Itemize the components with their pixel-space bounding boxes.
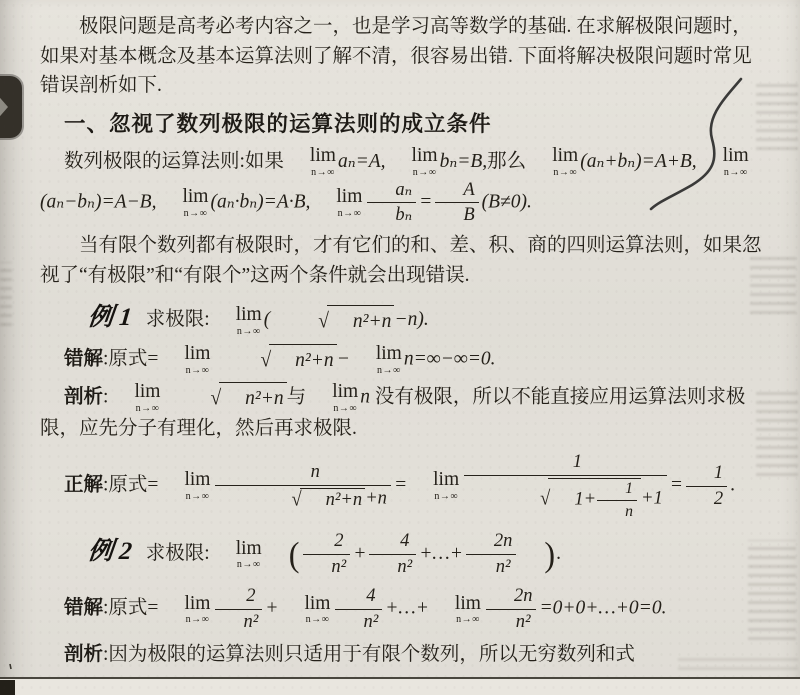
lim-subscript: n→∞ <box>312 209 362 219</box>
analysis-1-paragraph: 剖析:limn→∞√n²+n与limn→∞n 没有极限，所以不能直接应用运算法则… <box>40 382 770 443</box>
period: . <box>556 543 561 564</box>
rules-paragraph: 数列极限的运算法则:如果limn→∞aₙ=A,limn→∞bₙ=B,那么limn… <box>40 143 770 227</box>
fraction-one-half: 12 <box>686 463 727 510</box>
formula-chunk: =0+0+…+0=0. <box>539 598 666 619</box>
formula-chunk: n <box>360 386 370 407</box>
limit-operator: limn→∞ <box>308 382 358 414</box>
rules-lead-text: 数列极限的运算法则:如果 <box>64 151 284 172</box>
wrong-solution-2-line: 错解:原式=limn→∞2n²+limn→∞4n²+…+limn→∞2nn²=0… <box>40 586 770 633</box>
analysis-colon: : <box>103 386 108 407</box>
lim-word: lim <box>308 382 358 402</box>
analysis-label: 剖析 <box>64 643 103 665</box>
lim-word: lim <box>160 344 210 364</box>
lim-word: lim <box>352 344 402 364</box>
lim-subscript: n→∞ <box>160 366 210 376</box>
lim-subscript: n→∞ <box>280 615 330 625</box>
page-edge-emblem <box>0 76 22 138</box>
equals-sign: = <box>670 475 683 496</box>
lim-subscript: n→∞ <box>409 492 459 502</box>
conditions-paragraph: 当有限个数列都有极限时，才有它们的和、差、积、商的四则运算法则，如果忽视了“有极… <box>40 231 770 290</box>
radicand-prefix: 1+ <box>574 488 596 509</box>
analysis-text: :因为极限的运算法则只适用于有限个数列，所以无穷数列和式 <box>103 644 635 665</box>
scan-corner-block <box>0 680 15 695</box>
radicand: 1+1n <box>548 478 641 520</box>
fraction-numerator: n <box>215 462 391 486</box>
lim-word: lim <box>160 470 210 490</box>
fraction-denominator: n² <box>369 555 416 578</box>
lim-word: lim <box>280 594 330 614</box>
limit-operator: limn→∞ <box>160 344 210 376</box>
lim-word: lim <box>409 470 459 490</box>
lim-subscript: n→∞ <box>212 560 262 570</box>
lim-subscript: n→∞ <box>308 404 358 414</box>
lim-subscript: n→∞ <box>699 168 749 178</box>
fraction-denominator: √1+1n+1 <box>464 476 667 520</box>
lim-word: lim <box>158 187 208 207</box>
fraction-2n-n2: 2nn² <box>486 586 537 633</box>
radicand: n²+n <box>327 305 395 337</box>
limit-operator: limn→∞ <box>110 382 160 414</box>
fraction-denominator: n² <box>335 610 382 633</box>
scanned-textbook-page: 极限问题是高考必考内容之一，也是学习高等数学的基础. 在求解极限问题时，如果对基… <box>0 0 800 695</box>
fraction-4-n2: 4n² <box>335 586 382 633</box>
fraction-denominator: n² <box>303 555 350 578</box>
formula-chunk: (aₙ−bₙ)=A−B, <box>40 191 156 212</box>
sqrt-expression: √n²+n <box>212 344 336 376</box>
lim-word: lim <box>212 539 262 559</box>
fraction-one-over-n: 1n <box>597 480 637 520</box>
analysis-text: 与 <box>287 386 307 407</box>
sqrt-expression: √n²+n <box>162 382 286 414</box>
lim-subscript: n→∞ <box>158 209 208 219</box>
ellipsis-plus: +…+ <box>385 598 429 619</box>
lim-word: lim <box>286 146 336 166</box>
fraction-numerator: 2 <box>215 586 262 610</box>
radical-sign: √ <box>186 383 221 415</box>
lim-subscript: n→∞ <box>431 615 481 625</box>
limit-operator: limn→∞ <box>160 594 210 626</box>
limit-operator: limn→∞ <box>286 146 336 178</box>
formula-chunk: (aₙ+bₙ)=A+B, <box>580 151 696 172</box>
fraction-numerator: 2 <box>303 531 350 555</box>
period: . <box>730 475 735 496</box>
scan-edge-line <box>0 677 800 679</box>
fraction-denominator: n² <box>486 610 537 633</box>
fraction-numerator: 1 <box>597 480 637 501</box>
sqrt-expression: √1+1n <box>492 478 641 520</box>
radicand: n²+n <box>300 488 366 511</box>
limit-operator: limn→∞ <box>312 187 362 219</box>
correct-solution-line: 正解:原式=limn→∞n√n²+n+n=limn→∞1√1+1n+1=12. <box>40 452 770 520</box>
solution-lead: :原式= <box>103 598 158 619</box>
fraction-an-bn: aₙbₙ <box>367 180 416 227</box>
lim-subscript: n→∞ <box>388 168 438 178</box>
formula-chunk: n=∞−∞=0. <box>404 349 496 370</box>
fraction-denominator: B <box>435 203 478 226</box>
big-open-paren: ( <box>265 528 300 582</box>
lim-word: lim <box>110 382 160 402</box>
lim-subscript: n→∞ <box>352 366 402 376</box>
limit-operator: limn→∞ <box>431 594 481 626</box>
example-1-label: 例 1 <box>62 299 134 337</box>
limit-operator: limn→∞ <box>409 470 459 502</box>
fraction-numerator: 4 <box>369 531 416 555</box>
radical-sign: √ <box>267 489 301 511</box>
fraction-A-B: AB <box>435 180 478 227</box>
lim-word: lim <box>528 146 578 166</box>
fraction-numerator: 1 <box>686 463 727 487</box>
lim-word: lim <box>312 187 362 207</box>
lim-word: lim <box>431 594 481 614</box>
equals-sign: = <box>394 475 407 496</box>
fraction-rationalized: n√n²+n+n <box>215 462 391 511</box>
lim-subscript: n→∞ <box>528 168 578 178</box>
lim-subscript: n→∞ <box>286 168 336 178</box>
fraction-numerator: 1 <box>464 452 667 476</box>
lim-word: lim <box>160 594 210 614</box>
fraction-denominator: bₙ <box>367 203 416 226</box>
wrong-label: 错解 <box>64 348 103 370</box>
fraction-numerator: aₙ <box>367 180 416 204</box>
lim-word: lim <box>388 146 438 166</box>
fraction-2n-n2: 2nn² <box>466 531 517 578</box>
fraction-numerator: 2n <box>466 531 517 555</box>
lim-subscript: n→∞ <box>110 404 160 414</box>
limit-operator: limn→∞ <box>212 305 262 337</box>
scan-bottom-strip <box>0 679 800 695</box>
formula-chunk: (aₙ·bₙ)=A·B, <box>210 191 310 212</box>
analysis-label: 剖析 <box>64 385 103 407</box>
problem-text: 求极限: <box>146 309 210 330</box>
radicand: n²+n <box>219 382 287 414</box>
fraction-2-n2: 2n² <box>303 531 350 578</box>
radicand: n²+n <box>269 344 337 376</box>
formula-chunk: aₙ=A, <box>338 151 386 172</box>
fraction-4-n2: 4n² <box>369 531 416 578</box>
limit-operator: limn→∞ <box>212 539 262 571</box>
formula-chunk: −n). <box>394 309 428 330</box>
fraction-numerator: A <box>435 180 478 204</box>
fraction-denominator: √n²+n+n <box>215 486 391 511</box>
denominator-rest: +n <box>365 487 387 508</box>
solution-lead: :原式= <box>103 475 158 496</box>
intro-paragraph: 极限问题是高考必考内容之一，也是学习高等数学的基础. 在求解极限问题时，如果对基… <box>40 12 770 101</box>
solution-lead: :原式= <box>103 349 158 370</box>
lim-word: lim <box>699 146 749 166</box>
wrong-solution-1-line: 错解:原式=limn→∞√n²+n−limn→∞n=∞−∞=0. <box>40 344 770 376</box>
plus-sign: + <box>265 598 278 619</box>
lim-subscript: n→∞ <box>160 615 210 625</box>
fraction-denominator: n² <box>466 555 517 578</box>
rules-text: 那么 <box>487 151 526 172</box>
fraction-denominator: 2 <box>686 487 727 510</box>
section-heading: 一、忽视了数列极限的运算法则的成立条件 <box>40 108 770 141</box>
fraction-numerator: 2n <box>486 586 537 610</box>
example-2-label: 例 2 <box>62 533 134 571</box>
problem-text: 求极限: <box>146 543 210 564</box>
example-1-line: 例 1求极限:limn→∞(√n²+n−n). <box>40 299 770 337</box>
equals-sign: = <box>419 191 432 212</box>
limit-operator: limn→∞ <box>160 470 210 502</box>
plus-sign: + <box>353 543 366 564</box>
radical-sign: √ <box>516 489 550 511</box>
fraction-numerator: 4 <box>335 586 382 610</box>
limit-operator: limn→∞ <box>280 594 330 626</box>
limit-operator: limn→∞ <box>699 146 749 178</box>
correct-label: 正解 <box>64 474 103 496</box>
lim-subscript: n→∞ <box>212 327 262 337</box>
radical-sign: √ <box>294 306 329 338</box>
analysis-2-paragraph: 剖析:因为极限的运算法则只适用于有限个数列，所以无穷数列和式 <box>40 640 770 670</box>
sqrt-expression: √n²+n <box>270 305 394 337</box>
minus-sign: − <box>337 349 350 370</box>
sqrt-expression: √n²+n <box>243 488 365 511</box>
limit-operator: limn→∞ <box>528 146 578 178</box>
example-2-line: 例 2求极限:limn→∞(2n²+4n²+…+2nn²). <box>40 530 770 579</box>
formula-chunk: bₙ=B, <box>440 151 488 172</box>
fraction-denominator: n² <box>215 610 262 633</box>
denominator-rest: +1 <box>641 487 663 508</box>
limit-operator: limn→∞ <box>158 187 208 219</box>
big-close-paren: ) <box>520 528 555 582</box>
page-content: 极限问题是高考必考内容之一，也是学习高等数学的基础. 在求解极限问题时，如果对基… <box>0 0 800 669</box>
fraction-simplified: 1√1+1n+1 <box>464 452 667 520</box>
ellipsis-plus: +…+ <box>419 543 463 564</box>
wrong-label: 错解 <box>64 597 103 619</box>
lim-word: lim <box>212 305 262 325</box>
fraction-denominator: n <box>597 501 637 521</box>
radical-sign: √ <box>236 345 271 377</box>
limit-operator: limn→∞ <box>388 146 438 178</box>
lim-subscript: n→∞ <box>160 492 210 502</box>
limit-operator: limn→∞ <box>352 344 402 376</box>
formula-chunk: (B≠0). <box>482 191 532 212</box>
fraction-2-n2: 2n² <box>215 586 262 633</box>
